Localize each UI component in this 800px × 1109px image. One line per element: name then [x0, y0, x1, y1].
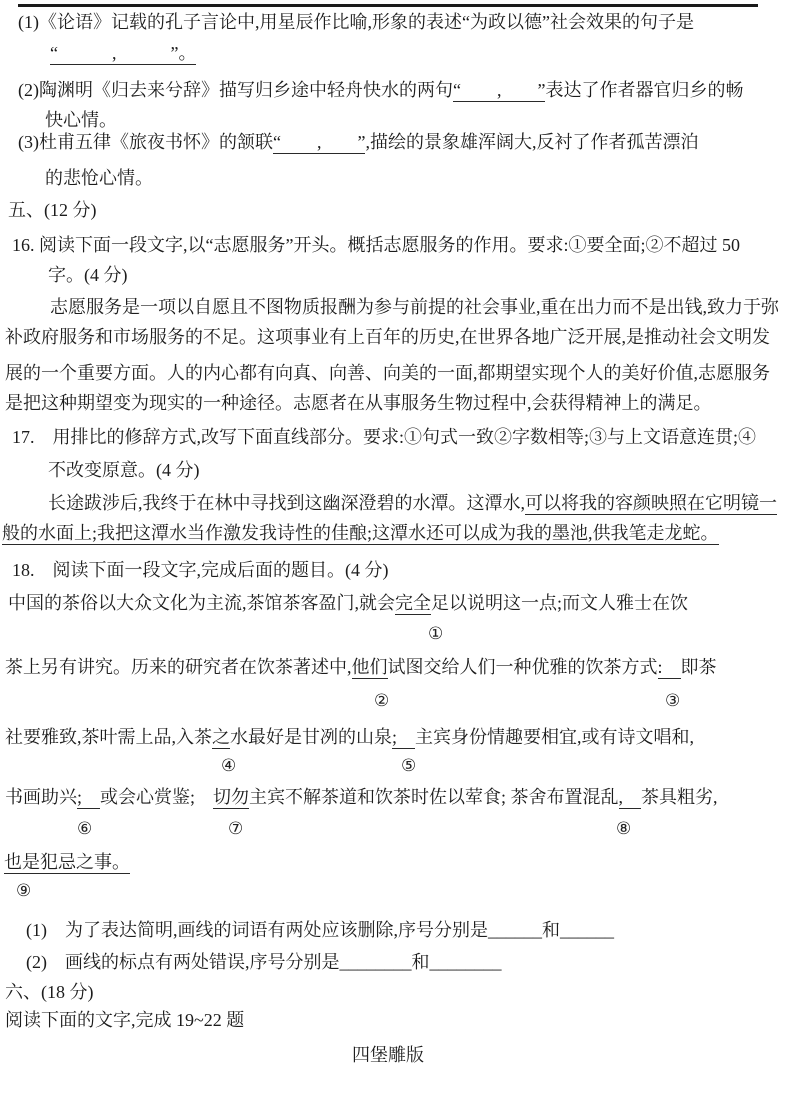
q18-lineC-underlined2: ;: [392, 727, 415, 749]
q18-lineE-underlined: 也是犯忌之事。: [4, 852, 130, 874]
q18-lineA-seg1: 中国的茶俗以大众文化为主流,茶馆茶客盈门,就会: [8, 593, 395, 613]
section5-heading-text: 五、(12 分): [8, 200, 97, 220]
q18-lineB-seg1: 茶上另有讲究。历来的研究者在饮茶著述中,: [5, 657, 352, 677]
q17-underlined-part1: 可以将我的容颜映照在它明镜一: [525, 493, 777, 515]
q18-marker-row3: ④ ⑤: [0, 756, 800, 778]
q3-stem-prefix: (3)杜甫五律《旅夜书怀》的颔联: [18, 132, 273, 152]
q16-passage-line1: 志愿服务是一项以自愿且不图物质报酬为参与前提的社会事业,重在出力而不是出钱,致力…: [50, 296, 779, 319]
q2-stem-suffix: 表达了作者器官归乡的畅: [545, 80, 743, 100]
q17-passage-prefix: 长途跋涉后,我终于在林中寻找到这幽深澄碧的水潭。这潭水,: [48, 493, 525, 513]
q18-lineA-seg2: 足以说明这一点;而文人雅士在饮: [431, 593, 688, 613]
q18-lineC-seg1: 社要雅致,茶叶需上品,入茶: [5, 727, 212, 747]
q16-stem-line1-text: 16. 阅读下面一段文字,以“志愿服务”开头。概括志愿服务的作用。要求:①要全面…: [12, 235, 740, 255]
q16-passage-line3: 展的一个重要方面。人的内心都有向真、向善、向美的一面,都期望实现个人的美好价值,…: [5, 362, 770, 385]
q17-stem-line2-text: 不改变原意。(4 分): [48, 460, 200, 480]
circled-5-marker: ⑤: [401, 756, 416, 776]
q16-passage-line3-text: 展的一个重要方面。人的内心都有向真、向善、向美的一面,都期望实现个人的美好价值,…: [5, 363, 770, 383]
q18-lineC-underlined1: 之: [212, 727, 230, 749]
q18-lineC-seg2: 水最好是甘冽的山泉: [230, 727, 392, 747]
q16-passage-line4-text: 是把这种期望变为现实的一种途径。志愿者在从事服务生物过程中,会获得精神上的满足。: [5, 393, 712, 413]
exam-paper-page: (1)《论语》记载的孔子言论中,用星辰作比喻,形象的表述“为政以德”社会效果的句…: [0, 0, 800, 1109]
section6-heading: 六、(18 分): [5, 981, 94, 1004]
q2-answer-blank: “ , ”: [453, 80, 545, 102]
q3-stem: (3)杜甫五律《旅夜书怀》的颔联“ , ”,描绘的景象雄浑阔大,反衬了作者孤苦漂…: [18, 131, 698, 154]
q18-marker-row1: ①: [0, 624, 800, 646]
q18-lineA-underlined: 完全: [395, 593, 431, 615]
circled-9-marker: ⑨: [16, 881, 31, 901]
q18-passage-lineE: 也是犯忌之事。: [4, 851, 130, 874]
circled-7-marker: ⑦: [228, 819, 243, 839]
q17-passage-line1: 长途跋涉后,我终于在林中寻找到这幽深澄碧的水潭。这潭水,可以将我的容颜映照在它明…: [48, 492, 777, 515]
q3-stem-continuation: 的悲怆心情。: [45, 167, 153, 190]
q18-lineB-seg3: 即茶: [681, 657, 717, 677]
q18-subquestion-2: (2) 画线的标点有两处错误,序号分别是________和________: [26, 951, 502, 974]
circled-1-marker: ①: [428, 624, 443, 644]
q16-stem-line2-text: 字。(4 分): [48, 265, 128, 285]
q18-lineD-underlined1: ;: [77, 787, 100, 809]
q18-subquestion-1: (1) 为了表达简明,画线的词语有两处应该删除,序号分别是______和____…: [26, 919, 614, 942]
q18-lineD-underlined3: ,: [619, 787, 642, 809]
q18-lineD-seg3: 主宾不解茶道和饮茶时佐以荤食; 茶舍布置混乱: [249, 787, 619, 807]
q18-passage-lineD: 书画助兴; 或会心赏鉴; 切勿主宾不解茶道和饮茶时佐以荤食; 茶舍布置混乱, 茶…: [5, 786, 718, 809]
q18-passage-lineC: 社要雅致,茶叶需上品,入茶之水最好是甘冽的山泉; 主宾身份情趣要相宜,或有诗文唱…: [5, 726, 694, 749]
q3-stem-cont-text: 的悲怆心情。: [45, 168, 153, 188]
q18-subquestion-2-text: (2) 画线的标点有两处错误,序号分别是________和________: [26, 952, 502, 972]
q18-lineD-seg4: 茶具粗劣,: [641, 787, 718, 807]
q18-stem-text: 18. 阅读下面一段文字,完成后面的题目。(4 分): [12, 560, 389, 580]
top-divider: [18, 4, 758, 7]
q16-passage-line2-text: 补政府服务和市场服务的不足。这项事业有上百年的历史,在世界各地广泛开展,是推动社…: [5, 327, 770, 347]
q18-stem: 18. 阅读下面一段文字,完成后面的题目。(4 分): [12, 559, 389, 582]
q18-marker-row4: ⑥ ⑦ ⑧: [0, 819, 800, 841]
q16-passage-line1-text: 志愿服务是一项以自愿且不图物质报酬为参与前提的社会事业,重在出力而不是出钱,致力…: [50, 297, 779, 317]
q1-blank-line: “ , ”。: [50, 43, 196, 65]
q16-stem-line2: 字。(4 分): [48, 264, 128, 287]
circled-3-marker: ③: [665, 691, 680, 711]
q16-passage-line2: 补政府服务和市场服务的不足。这项事业有上百年的历史,在世界各地广泛开展,是推动社…: [5, 326, 770, 349]
q2-stem: (2)陶渊明《归去来兮辞》描写归乡途中轻舟快水的两句“ , ”表达了作者器官归乡…: [18, 79, 743, 102]
reading-passage-title-text: 四堡雕版: [352, 1045, 424, 1065]
circled-4-marker: ④: [221, 756, 236, 776]
q1-stem-text: (1)《论语》记载的孔子言论中,用星辰作比喻,形象的表述“为政以德”社会效果的句…: [18, 12, 694, 32]
q18-marker-row2: ② ③: [0, 691, 800, 713]
q16-stem-line1: 16. 阅读下面一段文字,以“志愿服务”开头。概括志愿服务的作用。要求:①要全面…: [12, 234, 740, 257]
reading-passage-title: 四堡雕版: [352, 1044, 424, 1067]
q18-lineD-seg2: 或会心赏鉴;: [100, 787, 213, 807]
q18-lineD-underlined2: 切勿: [213, 787, 249, 809]
section5-heading: 五、(12 分): [8, 199, 97, 222]
circled-6-marker: ⑥: [77, 819, 92, 839]
q2-stem-prefix: (2)陶渊明《归去来兮辞》描写归乡途中轻舟快水的两句: [18, 80, 453, 100]
circled-8-marker: ⑧: [616, 819, 631, 839]
q18-passage-lineA: 中国的茶俗以大众文化为主流,茶馆茶客盈门,就会完全足以说明这一点;而文人雅士在饮: [8, 592, 688, 615]
q2-stem-cont-text: 快心情。: [45, 110, 117, 130]
q3-answer-blank: “ , ”: [273, 132, 365, 154]
q1-stem: (1)《论语》记载的孔子言论中,用星辰作比喻,形象的表述“为政以德”社会效果的句…: [18, 11, 694, 34]
q17-stem-line1-text: 17. 用排比的修辞方式,改写下面直线部分。要求:①句式一致②字数相等;③与上文…: [12, 427, 756, 447]
q18-passage-lineB: 茶上另有讲究。历来的研究者在饮茶著述中,他们试图交给人们一种优雅的饮茶方式: 即…: [5, 656, 717, 679]
q2-stem-continuation: 快心情。: [45, 109, 117, 132]
q17-stem-line1: 17. 用排比的修辞方式,改写下面直线部分。要求:①句式一致②字数相等;③与上文…: [12, 426, 756, 449]
q3-stem-suffix: ,描绘的景象雄浑阔大,反衬了作者孤苦漂泊: [365, 132, 698, 152]
q18-subquestion-1-text: (1) 为了表达简明,画线的词语有两处应该删除,序号分别是______和____…: [26, 920, 614, 940]
q17-stem-line2: 不改变原意。(4 分): [48, 459, 200, 482]
section6-intro: 阅读下面的文字,完成 19~22 题: [5, 1009, 244, 1032]
section6-intro-text: 阅读下面的文字,完成 19~22 题: [5, 1010, 244, 1030]
section6-heading-text: 六、(18 分): [5, 982, 94, 1002]
q18-lineD-seg1: 书画助兴: [5, 787, 77, 807]
circled-2-marker: ②: [374, 691, 389, 711]
q18-lineC-seg3: 主宾身份情趣要相宜,或有诗文唱和,: [415, 727, 694, 747]
q17-underlined-part2: 般的水面上;我把这潭水当作激发我诗性的佳酿;这潭水还可以成为我的墨池,供我笔走龙…: [2, 523, 719, 545]
q1-answer-blank: “ , ”。: [50, 42, 196, 65]
q18-lineB-seg2: 试图交给人们一种优雅的饮茶方式: [388, 657, 658, 677]
q18-lineB-underlined1: 他们: [352, 657, 388, 679]
q18-lineB-underlined2: :: [658, 657, 681, 679]
q16-passage-line4: 是把这种期望变为现实的一种途径。志愿者在从事服务生物过程中,会获得精神上的满足。: [5, 392, 712, 415]
q17-passage-line2: 般的水面上;我把这潭水当作激发我诗性的佳酿;这潭水还可以成为我的墨池,供我笔走龙…: [2, 522, 719, 545]
q18-marker-row5: ⑨: [0, 881, 800, 903]
